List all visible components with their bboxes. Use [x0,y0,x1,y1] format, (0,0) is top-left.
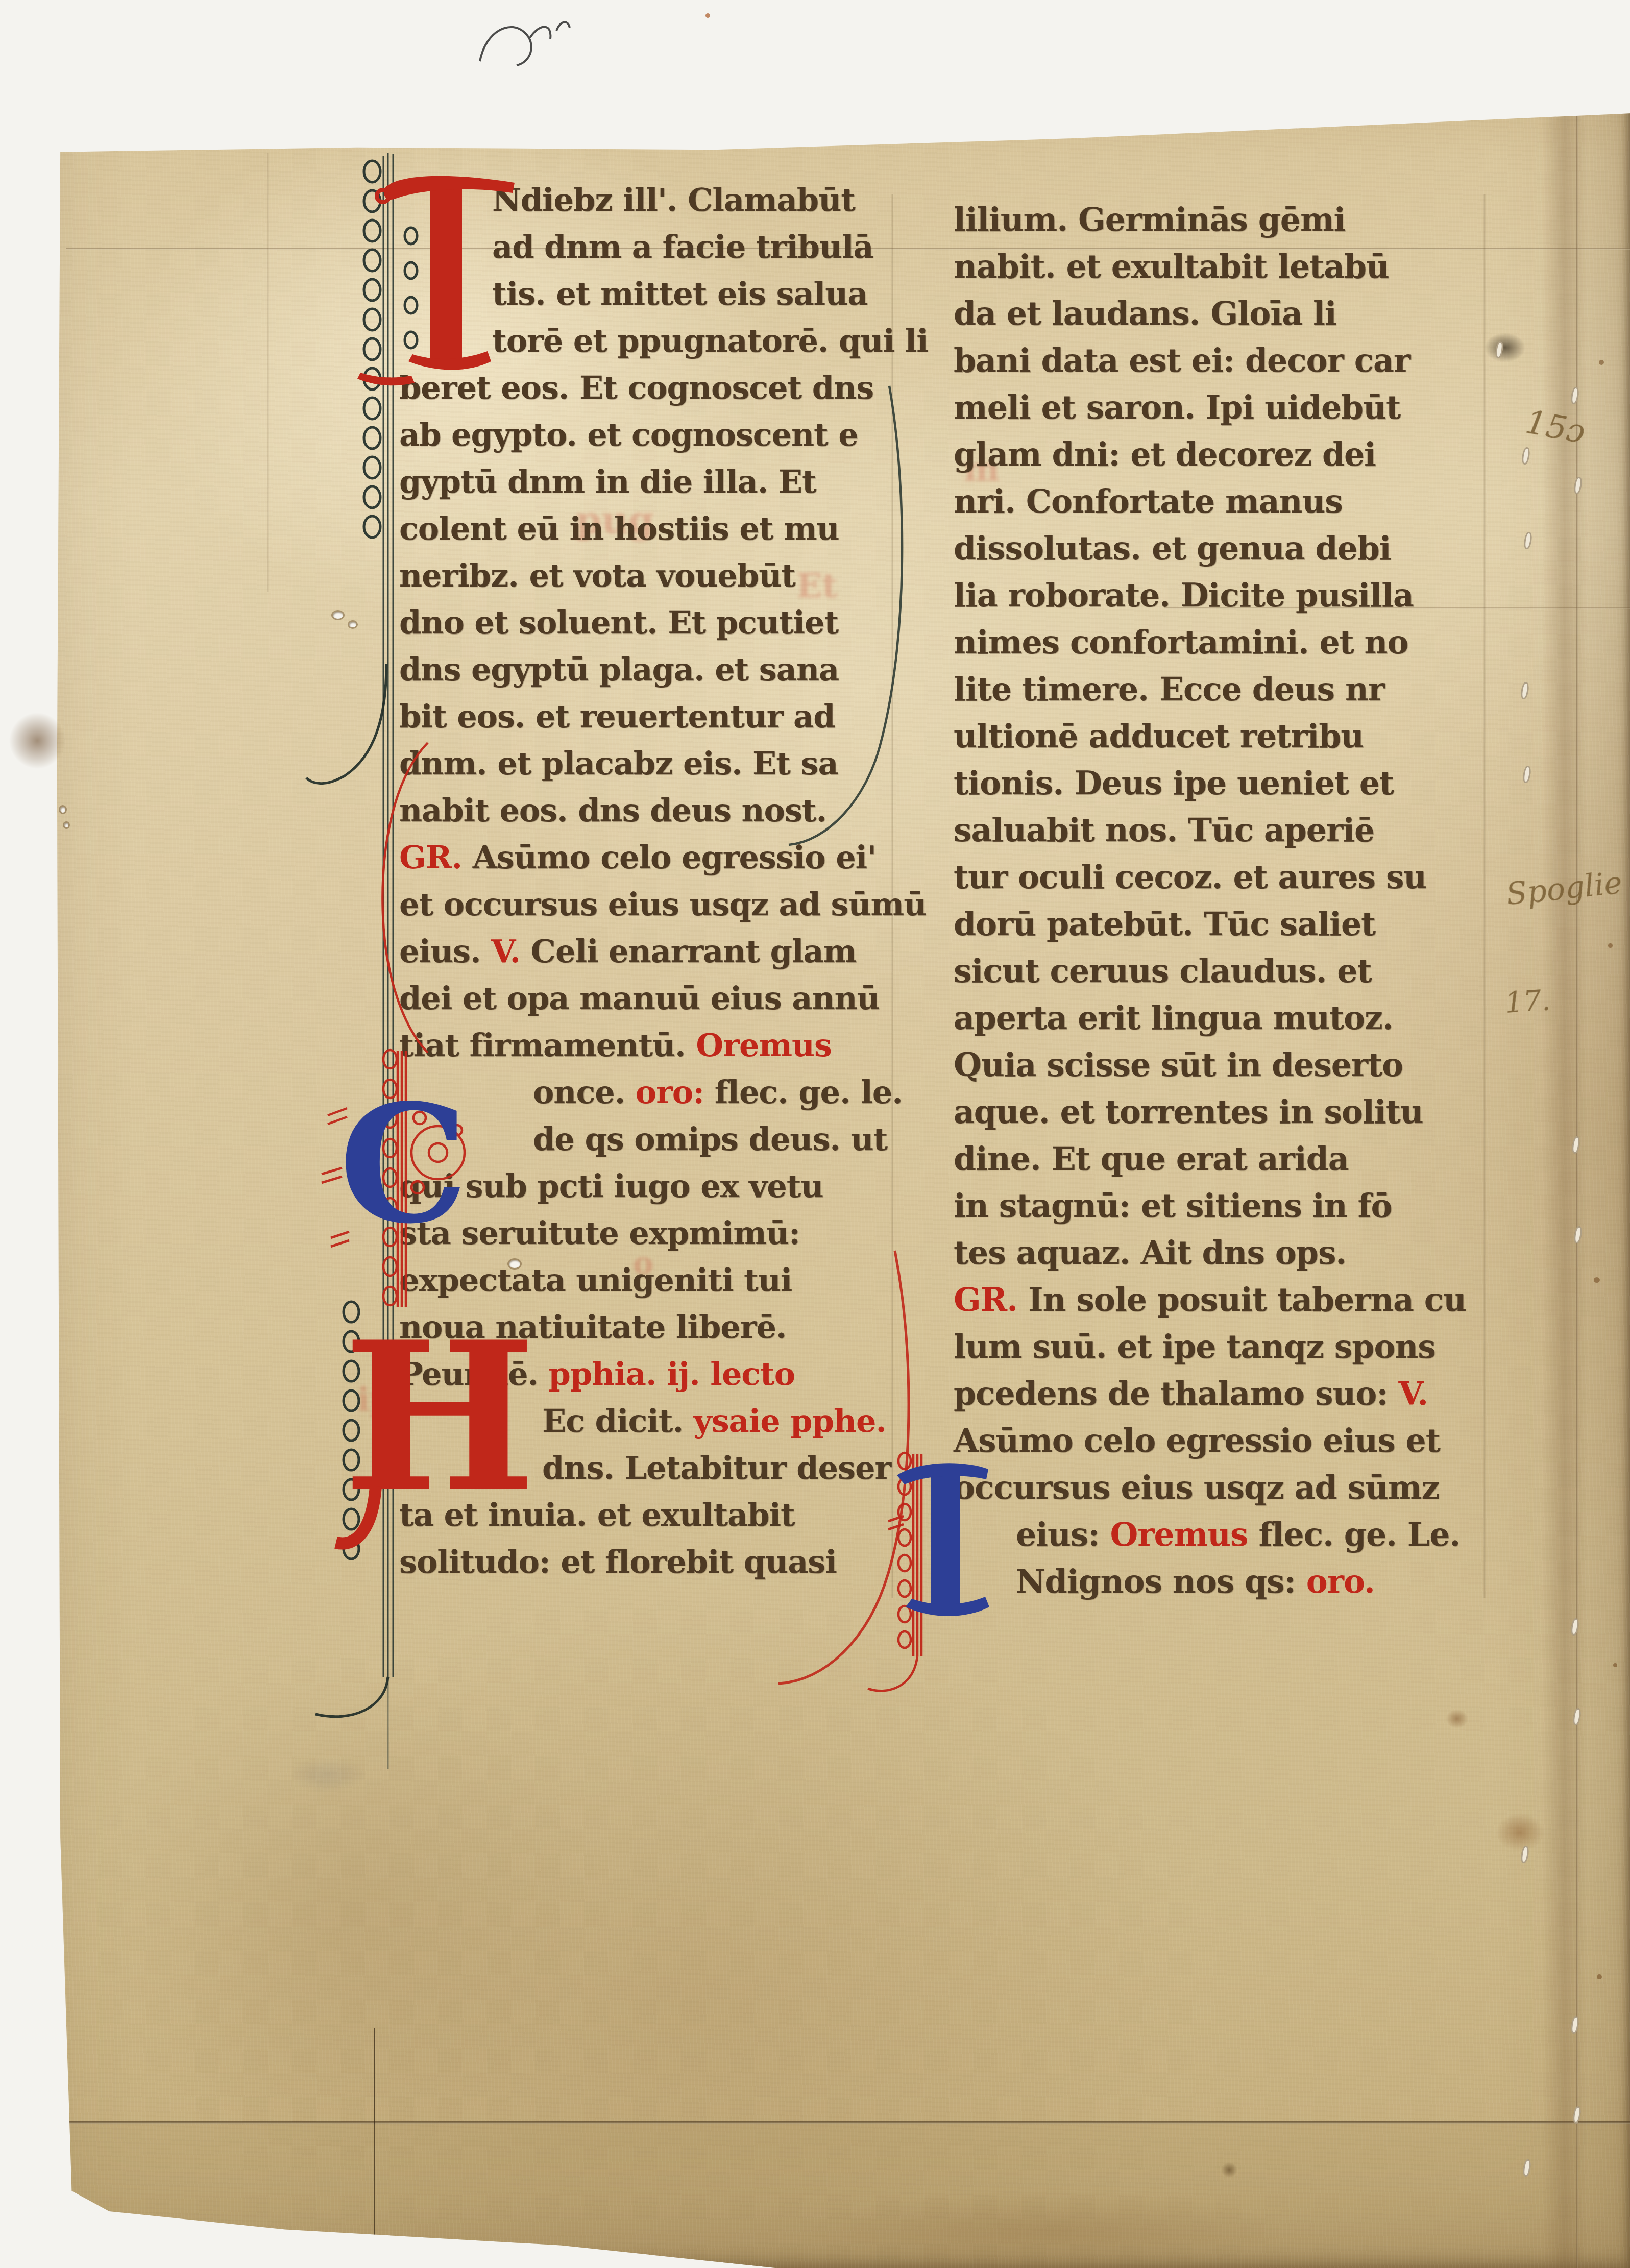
text-line: neribz. et vota vouebūt [399,552,861,599]
body-text: Asūmo celo egressio eius et [954,1422,1440,1459]
text-line: torē et ppugnatorē. qui li [399,318,861,364]
text-line: in stagnū: et sitiens in fō [954,1182,1500,1229]
body-text: flec. ge. Le. [1248,1516,1461,1553]
text-line: qui sub pcti iugo ex vetu [399,1163,861,1210]
body-text: ta et inuia. et exultabit [399,1496,795,1533]
body-text: dno et soluent. Et pcutiet [399,604,838,641]
text-line: GR. In sole posuit taberna cu [954,1276,1500,1323]
text-line: pcedens de thalamo suo: V. [954,1370,1500,1417]
text-line: nabit. et exultabit letabū [954,243,1500,290]
fold-speck-1 [1599,360,1604,365]
text-line: dorū patebūt. Tūc saliet [954,900,1500,947]
rubric-text: ysaie pphe. [694,1402,887,1440]
body-text: saluabit nos. Tūc aperiē [954,811,1374,849]
body-text: eius: [1016,1516,1110,1553]
worm-hole [64,823,68,827]
text-line: once. oro: flec. ge. le. [399,1069,861,1116]
text-line: Ec dicit. ysaie pphe. [399,1398,861,1445]
text-line: tes aquaz. Ait dns ops. [954,1229,1500,1276]
text-line: gyptū dnm in die illa. Et [399,458,861,505]
body-text: ad dnm a facie tribulā [492,228,873,265]
text-line: aque. et torrentes in solitu [954,1088,1500,1135]
body-text: dorū patebūt. Tūc saliet [954,905,1375,943]
sewing-slit [1522,2159,1531,2177]
text-line: et occursus eius usqz ad sūmū [399,881,861,928]
text-line: sta seruitute expmimū: [399,1210,861,1257]
text-line: GR. Asūmo celo egressio ei' [399,834,861,881]
below-crease-tone [62,2124,1630,2268]
body-text: ab egypto. et cognoscent e [399,416,858,453]
text-line: de qs omips deus. ut [399,1116,861,1163]
text-line: occursus eius usqz ad sūmz [954,1464,1500,1511]
body-text: dei et opa manuū eius annū [399,980,880,1017]
body-text: Ec dicit. [542,1402,694,1440]
text-line: eius: Oremus flec. ge. Le. [954,1511,1500,1558]
text-line: ta et inuia. et exultabit [399,1492,861,1539]
stain-right-1 [1496,1813,1544,1851]
body-text: lite timere. Ecce deus nr [954,670,1384,708]
rubric-text: oro. [1306,1563,1375,1600]
body-text: nabit. et exultabit letabū [954,248,1389,285]
text-line: dno et soluent. Et pcutiet [399,599,861,646]
text-line: lilium. Germinās gēmi [954,196,1500,243]
body-text: sicut ceruus claudus. et [954,952,1372,990]
text-line: Ndignos nos qs: oro. [954,1558,1500,1605]
rubric-text: Oremus [1110,1516,1248,1553]
body-text: Quia scisse sūt in deserto [954,1046,1403,1084]
body-text: torē et ppugnatorē. qui li [492,322,928,359]
text-line: tiat firmamentū. Oremus [399,1022,861,1069]
body-text: Celi enarrant glam [520,933,856,970]
body-text: glam dni: et decorez dei [954,435,1376,473]
text-line: Quia scisse sūt in deserto [954,1041,1500,1088]
rubric-text: pphia. ij. lecto [549,1355,795,1393]
text-line: meli et saron. Ipi uidebūt [954,384,1500,431]
text-line: ab egypto. et cognoscent e [399,411,861,458]
body-text: flec. ge. le. [704,1074,903,1111]
body-text: in stagnū: et sitiens in fō [954,1187,1392,1225]
worm-hole [333,612,343,619]
body-text: In sole posuit taberna cu [1017,1281,1466,1319]
scanner-debris-spot [9,713,65,769]
text-line: noua natiuitate liberē. [399,1304,861,1351]
text-line: dns egyptū plaga. et sana [399,646,861,693]
text-line: tionis. Deus ipe ueniet et [954,760,1500,807]
body-text: tes aquaz. Ait dns ops. [954,1234,1346,1272]
text-line: dnm. et placabz eis. Et sa [399,740,861,787]
body-text: nabit eos. dns deus nost. [399,792,826,829]
body-text: Ndiebz ill'. Clamabūt [492,181,855,218]
body-text: dnm. et placabz eis. Et sa [399,745,838,782]
text-line: nimes confortamini. et no [954,619,1500,666]
body-text: aque. et torrentes in solitu [954,1093,1423,1131]
parchment-crack [374,2028,375,2266]
body-text: meli et saron. Ipi uidebūt [954,388,1400,426]
text-line: aperta erit lingua mutoz. [954,994,1500,1041]
fold-crease-bottom [62,2121,1630,2124]
body-text: expectata unigeniti tui [399,1261,792,1299]
manuscript-leaf: pug Et m ip o Ndiebz ill'. Clamabūtad dn… [0,0,1630,2268]
body-text: noua natiuitate liberē. [399,1308,786,1346]
text-line: ad dnm a facie tribulā [399,224,861,271]
sewing-slit [1521,447,1530,465]
body-text: colent eū in hostiis et mu [399,510,839,547]
rubric-text: GR. [399,839,462,876]
stain-right-2 [1446,1709,1468,1728]
text-line: lia roborate. Dicite pusilla [954,572,1500,619]
body-text: et occursus eius usqz ad sūmū [399,886,926,923]
text-line: nri. Confortate manus [954,478,1500,525]
text-line: lum suū. et ipe tanqz spons [954,1323,1500,1370]
sewing-slit [1520,1845,1529,1864]
sewing-slit [1520,681,1529,700]
body-text: dissolutas. et genua debi [954,529,1391,567]
worm-hole [349,622,356,627]
body-text: tur oculi cecoz. et aures su [954,858,1426,896]
body-text: tiat firmamentū. [399,1027,696,1064]
text-line: da et laudans. Gloīa li [954,290,1500,337]
text-line: solitudo: et florebit quasi [399,1539,861,1586]
body-text: ultionē adducet retribu [954,717,1364,755]
body-text: lia roborate. Dicite pusilla [954,576,1414,614]
text-line: Ndiebz ill'. Clamabūt [399,177,861,224]
body-text: dns. Letabitur deser [542,1449,891,1486]
rubric-text: GR. [954,1281,1017,1319]
text-line: nabit eos. dns deus nost. [399,787,861,834]
body-text: de qs omips deus. ut [533,1120,887,1158]
body-text: neribz. et vota vouebūt [399,557,795,594]
text-line: tis. et mittet eis salua [399,271,861,318]
margin-annotation-middle: Spoglie [1504,865,1624,912]
body-text: tionis. Deus ipe ueniet et [954,764,1394,802]
scanner-debris-dot [705,13,710,18]
body-text: nimes confortamini. et no [954,623,1408,661]
text-line: ultionē adducet retribu [954,713,1500,760]
text-line: tur oculi cecoz. et aures su [954,853,1500,900]
fold-speck-5 [1597,1974,1602,1979]
body-text: solitudo: et florebit quasi [399,1543,837,1580]
fold-speck-2 [1608,943,1613,948]
sewing-slit [1522,765,1531,784]
body-text: gyptū dnm in die illa. Et [399,463,816,500]
body-text: aperta erit lingua mutoz. [954,999,1393,1037]
smudge-gray [289,1757,366,1793]
body-text: lum suū. et ipe tanqz spons [954,1328,1436,1365]
text-line: bani data est ei: decor car [954,337,1500,384]
body-text: pcedens de thalamo suo: [954,1375,1398,1412]
text-line: beret eos. Et cognoscet dns [399,364,861,411]
text-line: colent eū in hostiis et mu [399,505,861,552]
body-text: sta seruitute expmimū: [399,1214,800,1252]
text-line: Peundē. pphia. ij. lecto [399,1351,861,1398]
rubric-text: oro: [636,1074,704,1111]
body-text: Peundē. [399,1355,549,1393]
body-text: da et laudans. Gloīa li [954,295,1336,332]
pen-squiggle-top-edge [480,22,570,65]
crease-faint-upper-left [267,153,269,592]
body-text: bani data est ei: decor car [954,342,1410,379]
body-text: occursus eius usqz ad sūmz [954,1469,1439,1506]
body-text: nri. Confortate manus [954,482,1343,520]
text-line: dine. Et que erat arida [954,1135,1500,1182]
body-text: once. [533,1074,636,1111]
stain-bottom-left-soft [92,1654,602,2164]
text-line: dns. Letabitur deser [399,1445,861,1492]
scanner-background: pug Et m ip o Ndiebz ill'. Clamabūtad dn… [0,0,1630,2268]
text-line: sicut ceruus claudus. et [954,947,1500,994]
sewing-slit [1523,531,1532,550]
text-line: bit eos. et reuertentur ad [399,693,861,740]
stain-bottom-dot [1221,2162,1237,2178]
margin-annotation-lower: 17. [1504,984,1551,1020]
rubric-text: V. [491,933,520,970]
text-line: dei et opa manuū eius annū [399,975,861,1022]
fold-speck-3 [1594,1277,1600,1283]
text-column-left: Ndiebz ill'. Clamabūtad dnm a facie trib… [399,177,861,1586]
worm-hole [60,807,65,813]
text-column-right: lilium. Germinās gēminabit. et exultabit… [954,196,1500,1605]
text-line: dissolutas. et genua debi [954,525,1500,572]
body-text: beret eos. Et cognoscet dns [399,369,873,406]
text-line: eius. V. Celi enarrant glam [399,928,861,975]
text-line: Asūmo celo egressio eius et [954,1417,1500,1464]
body-text: lilium. Germinās gēmi [954,201,1345,238]
body-text: eius. [399,933,491,970]
body-text: bit eos. et reuertentur ad [399,698,835,735]
body-text: dns egyptū plaga. et sana [399,651,839,688]
rubric-text: Oremus [696,1027,832,1064]
text-line: glam dni: et decorez dei [954,431,1500,478]
body-text: tis. et mittet eis salua [492,275,867,312]
text-line: saluabit nos. Tūc aperiē [954,807,1500,853]
body-text: Asūmo celo egressio ei' [462,839,876,876]
body-text: dine. Et que erat arida [954,1140,1349,1178]
body-text: qui sub pcti iugo ex vetu [399,1167,823,1205]
bleedthrough-ghost: ip [357,1380,393,1419]
text-line: expectata unigeniti tui [399,1257,861,1304]
stain-bottom-band [807,2190,1292,2268]
text-line: lite timere. Ecce deus nr [954,666,1500,713]
body-text: Ndignos nos qs: [1016,1563,1306,1600]
rubric-text: V. [1398,1375,1428,1412]
fold-speck-4 [1613,1663,1617,1667]
